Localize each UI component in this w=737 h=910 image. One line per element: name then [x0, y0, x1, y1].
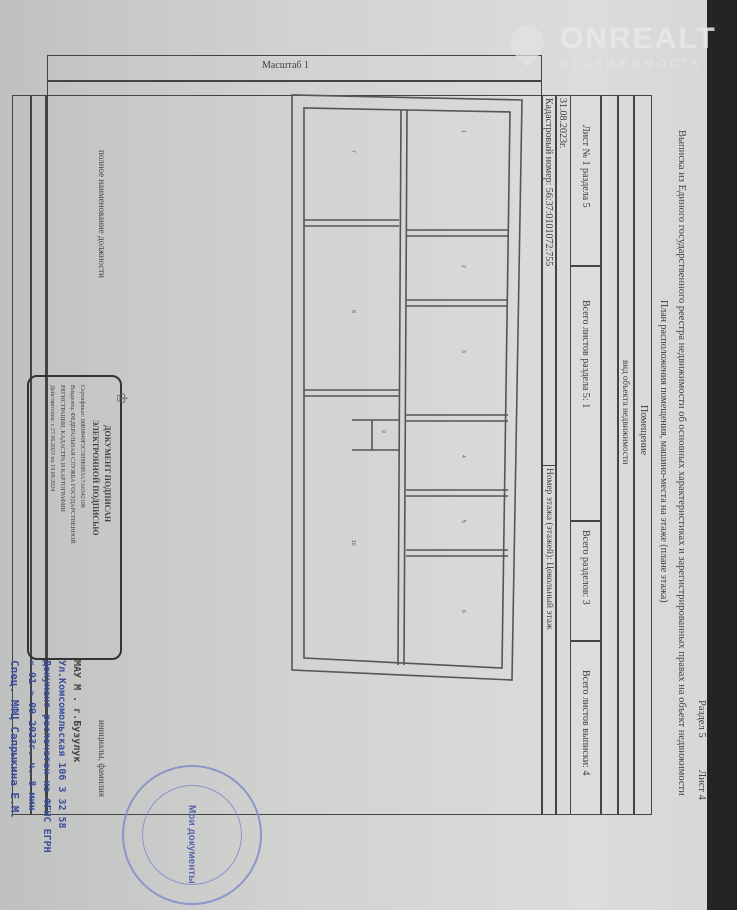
room-label: 5: [460, 520, 466, 523]
name-label: инициалы, фамилия: [97, 720, 107, 797]
mfc-line2: Ул.Комсомольская 106 3 32 58: [56, 660, 67, 829]
position-label: полное наименование должности: [97, 150, 107, 278]
sheet-number: Лист № 1 раздела 5: [580, 125, 591, 208]
section-label: Раздел 5: [696, 700, 707, 738]
section-sheets: Всего листов раздела 5: 1: [580, 300, 591, 408]
emblem-icon: ♔: [112, 392, 129, 405]
room-label: 10: [350, 540, 356, 546]
room-label: 2: [460, 265, 466, 268]
document-title: Выписка из Единого государственного реес…: [676, 130, 687, 796]
object-type-value: Помещение: [638, 405, 649, 455]
esig-owner2: РЕГИСТРАЦИИ, КАДАСТРА И КАРТОГРАФИИ: [59, 385, 65, 512]
divider: [47, 80, 542, 82]
watermark-brand: ONREALT: [560, 22, 717, 56]
room-label: 9: [380, 430, 386, 433]
total-sheets: Всего листов выписки: 4: [580, 670, 591, 775]
object-type-caption: вид объекта недвижимости: [621, 360, 631, 464]
esig-valid: Действителен: с 27.06.2023 по 19.09.2024: [49, 385, 55, 491]
divider: [570, 520, 602, 522]
mfc-line3: Документ распечатан из ФГИС ЕГРН: [41, 660, 52, 853]
watermark-tagline: НЕДВИЖИМОСТЬ: [560, 58, 703, 70]
total-sections: Всего разделов: 3: [580, 530, 591, 605]
mfc-line4: « 01 » 09 2023г. ч. 8 мин: [26, 660, 37, 811]
room-label: 3: [460, 350, 466, 353]
room-label: 1: [460, 130, 466, 133]
esig-line1: ДОКУМЕНТ ПОДПИСАН: [103, 425, 112, 522]
room-label: 8: [350, 310, 356, 313]
floor-plan: 1 2 3 4 5 6 7 8 9 10: [282, 90, 532, 690]
room-label: 7: [350, 150, 356, 153]
divider: [634, 95, 636, 815]
room-label: 4: [460, 455, 466, 458]
mfc-line5: Спец. МФЦ Сапрыкина Е.М.: [8, 660, 21, 819]
cadastral-number: Кадастровый номер: 56:37:0101072:755: [543, 98, 554, 266]
divider: [570, 265, 602, 267]
sheet-label: Лист 4: [696, 770, 707, 800]
seal-center: Мои документы: [186, 805, 197, 884]
floor-number: Номер этажа (этажей): Цокольный этаж: [544, 468, 554, 630]
esig-cert: Сертификат: 00B0849F2C5D9E0B3A7A6342108: [79, 385, 85, 508]
room-label: 6: [460, 610, 466, 613]
divider: [618, 95, 620, 815]
date: 31.08.2023г.: [557, 98, 568, 148]
document-subtitle: План расположения помещения, машино-мест…: [658, 300, 669, 603]
scale-label: Масштаб 1: [262, 60, 309, 71]
esig-line2: ЭЛЕКТРОННОЙ ПОДПИСЬЮ: [91, 420, 100, 535]
esig-owner1: Владелец: ФЕДЕРАЛЬНАЯ СЛУЖБА ГОСУДАРСТВЕ…: [69, 385, 75, 544]
rotated-document: Выписка из Единого государственного реес…: [0, 0, 737, 910]
divider: [570, 640, 602, 642]
mfc-line1: МАУ М . г.Бузулук: [71, 660, 82, 762]
